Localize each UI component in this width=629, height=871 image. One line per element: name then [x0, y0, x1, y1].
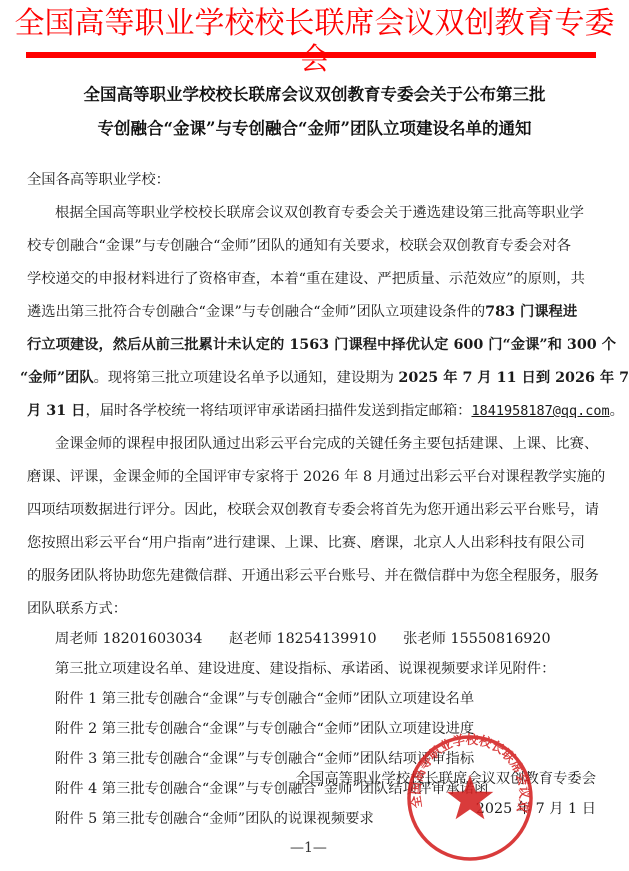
attachment-item: 附件 1 第三批专创融合“金课”与专创融合“金师”团队立项建设名单 — [55, 690, 603, 708]
contact-item: 赵老师 18254139910 — [229, 630, 377, 648]
paragraph-1-line-4-text: 遴选出第三批符合专创融合“金课”与专创融合“金师”团队立项建设条件的 — [27, 304, 485, 320]
contact-phone: 15550816920 — [451, 630, 551, 648]
paragraph-2-line-1: 金课金师的课程申报团队通过出彩云平台完成的关键任务主要包括建课、上课、比赛、 — [55, 435, 603, 453]
paragraph-1-line-6-bold: “金师”团队 — [20, 370, 94, 386]
paragraph-1-line-6: “金师”团队。现将第三批立项建设名单予以通知，建设期为 2025 年 7 月 1… — [20, 369, 596, 387]
attachment-label: 附件 3 — [55, 751, 97, 767]
contact-name: 周老师 — [55, 630, 98, 648]
paragraph-2-line-3: 四项结项数据进行评分。因此，校联会双创教育专委会将首先为您开通出彩云平台账号，请 — [27, 501, 603, 519]
contact-phone: 18201603034 — [102, 630, 202, 648]
paragraph-1-line-7-text: ，届时各学校统一将结项评审承诺函扫描件发送到指定邮箱： — [85, 403, 471, 419]
attachment-title: 第三批专创融合“金课”与专创融合“金师”团队立项建设进度 — [102, 721, 474, 737]
attachment-label: 附件 2 — [55, 721, 97, 737]
paragraph-1-line-7-bold: 月 31 日 — [27, 403, 85, 419]
attachment-item: 附件 3 第三批专创融合“金课”与专创融合“金师”团队结项评审指标 — [55, 750, 603, 768]
paragraph-1-line-6-bold-dates: 2025 年 7 月 11 日到 2026 年 7 — [398, 370, 629, 386]
paragraph-2-line-5: 的服务团队将协助您先建微信群、开通出彩云平台账号、并在微信群中为您全程服务，服务 — [27, 567, 603, 585]
document-title-line-1: 全国高等职业学校校长联席会议双创教育专委会关于公布第三批 — [0, 85, 629, 105]
paragraph-1-line-5: 行立项建设，然后从前三批累计未认定的 1563 门课程中择优认定 600 门“金… — [27, 336, 603, 354]
salutation: 全国各高等职业学校： — [27, 171, 603, 189]
attachment-item: 附件 2 第三批专创融合“金课”与专创融合“金师”团队立项建设进度 — [55, 720, 603, 738]
paragraph-1-line-1: 根据全国高等职业学校校长联席会议双创教育专委会关于遴选建设第三批高等职业学 — [55, 204, 603, 222]
paragraph-2-line-6: 团队联系方式： — [27, 600, 603, 618]
paragraph-1-line-6-text: 。现将第三批立项建设名单予以通知，建设期为 — [94, 370, 399, 386]
paragraph-1-line-7-end: 。 — [610, 403, 624, 419]
paragraph-2-line-2: 磨课、评课，金课金师的全国评审专家将于 2026 年 8 月通过出彩云平台对课程… — [27, 468, 603, 486]
contact-item: 张老师 15550816920 — [403, 630, 551, 648]
attachment-label: 附件 5 — [55, 811, 97, 827]
contact-list: 周老师 18201603034 赵老师 18254139910 张老师 1555… — [55, 630, 603, 648]
signature-org: 全国高等职业学校校长联席会议双创教育专委会 — [296, 770, 596, 788]
attachment-title: 第三批专创融合“金课”与专创融合“金师”团队立项建设名单 — [102, 691, 474, 707]
paragraph-1-line-7: 月 31 日，届时各学校统一将结项评审承诺函扫描件发送到指定邮箱：1841958… — [27, 402, 603, 420]
masthead-org-name: 全国高等职业学校校长联席会议双创教育专委会 — [0, 6, 629, 78]
paragraph-1-line-4: 遴选出第三批符合专创融合“金课”与专创融合“金师”团队立项建设条件的783 门课… — [27, 303, 603, 321]
attachment-label: 附件 1 — [55, 691, 97, 707]
attachment-label: 附件 4 — [55, 781, 97, 797]
signature-date: 2025 年 7 月 1 日 — [476, 800, 596, 818]
contact-item: 周老师 18201603034 — [55, 630, 203, 648]
attachments-intro: 第三批立项建设名单、建设进度、建设指标、承诺函、说课视频要求详见附件： — [55, 660, 603, 678]
paragraph-1-line-2: 校专创融合“金课”与专创融合“金师”团队的通知有关要求，校联会双创教育专委会对各 — [27, 237, 603, 255]
contact-name: 张老师 — [403, 630, 446, 648]
document-title-line-2: 专创融合“金课”与专创融合“金师”团队立项建设名单的通知 — [0, 119, 629, 139]
paragraph-2-line-4: 您按照出彩云平台“用户指南”进行建课、上课、比赛、磨课，北京人人出彩科技有限公司 — [27, 534, 603, 552]
attachment-title: 第三批专创融合“金师”团队的说课视频要求 — [102, 811, 374, 827]
attachment-title: 第三批专创融合“金课”与专创融合“金师”团队结项评审指标 — [102, 751, 474, 767]
paragraph-1-line-4-bold: 783 门课程进 — [485, 304, 577, 320]
contact-phone: 18254139910 — [276, 630, 376, 648]
email-link[interactable]: 1841958187@qq.com — [471, 403, 609, 419]
page-number: —1— — [290, 840, 327, 856]
contact-name: 赵老师 — [229, 630, 272, 648]
paragraph-1-line-3: 学校递交的申报材料进行了资格审查，本着“重在建设、严把质量、示范效应”的原则，共 — [27, 270, 603, 288]
masthead-red-rule — [26, 52, 596, 58]
